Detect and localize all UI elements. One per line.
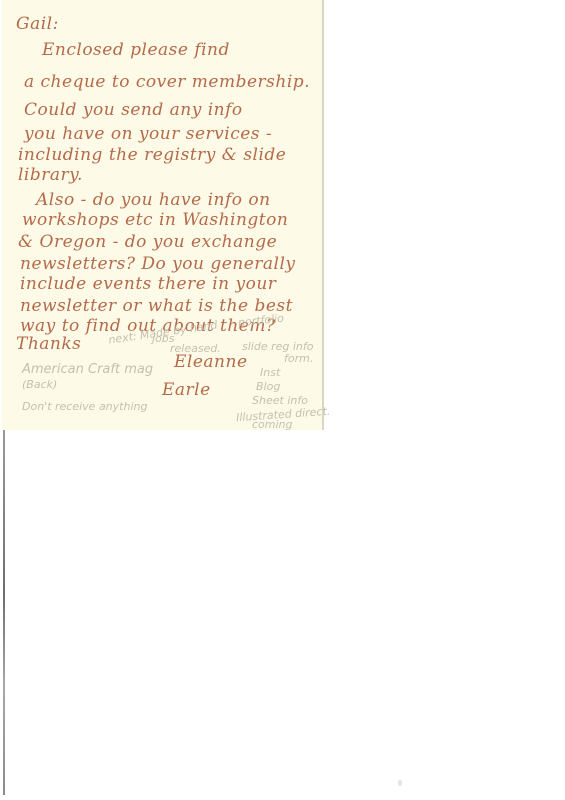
letter-line: including the registry & slide xyxy=(18,145,286,165)
letter-line: Enclosed please find xyxy=(42,40,230,60)
pencil-note-inst: Inst xyxy=(260,366,280,379)
scan-edge-shadow xyxy=(3,430,5,795)
letter-line: workshops etc in Washington xyxy=(22,210,288,230)
letter-line: include events there in your xyxy=(20,274,276,294)
handwritten-note: Gail: Enclosed please find a cheque to c… xyxy=(2,0,324,430)
signature-first-name: Eleanne xyxy=(174,352,248,372)
pencil-note-form: form. xyxy=(284,352,313,365)
pencil-note-dont-receive: Don't receive anything xyxy=(22,400,147,413)
salutation: Gail: xyxy=(16,14,59,34)
scan-speck xyxy=(398,780,402,786)
letter-line: library. xyxy=(18,165,83,185)
pencil-note-blog: Blog xyxy=(256,380,280,393)
pencil-note-coming: coming xyxy=(252,418,293,431)
pencil-note-sheet-info: Sheet info xyxy=(252,394,308,407)
letter-line: & Oregon - do you exchange xyxy=(18,232,277,252)
letter-line: newsletters? Do you generally xyxy=(20,254,296,274)
closing: Thanks xyxy=(16,334,81,354)
pencil-note-released: released. xyxy=(170,342,221,355)
letter-line: newsletter or what is the best xyxy=(20,296,293,316)
letter-line: Could you send any info xyxy=(24,100,243,120)
letter-line: you have on your services - xyxy=(24,124,272,144)
signature-last-name: Earle xyxy=(162,380,211,400)
letter-line: Also - do you have info on xyxy=(36,190,271,210)
letter-line: a cheque to cover membership. xyxy=(24,72,310,92)
pencil-note-back: (Back) xyxy=(22,378,57,391)
pencil-note-american-craft: American Craft mag xyxy=(22,362,153,377)
